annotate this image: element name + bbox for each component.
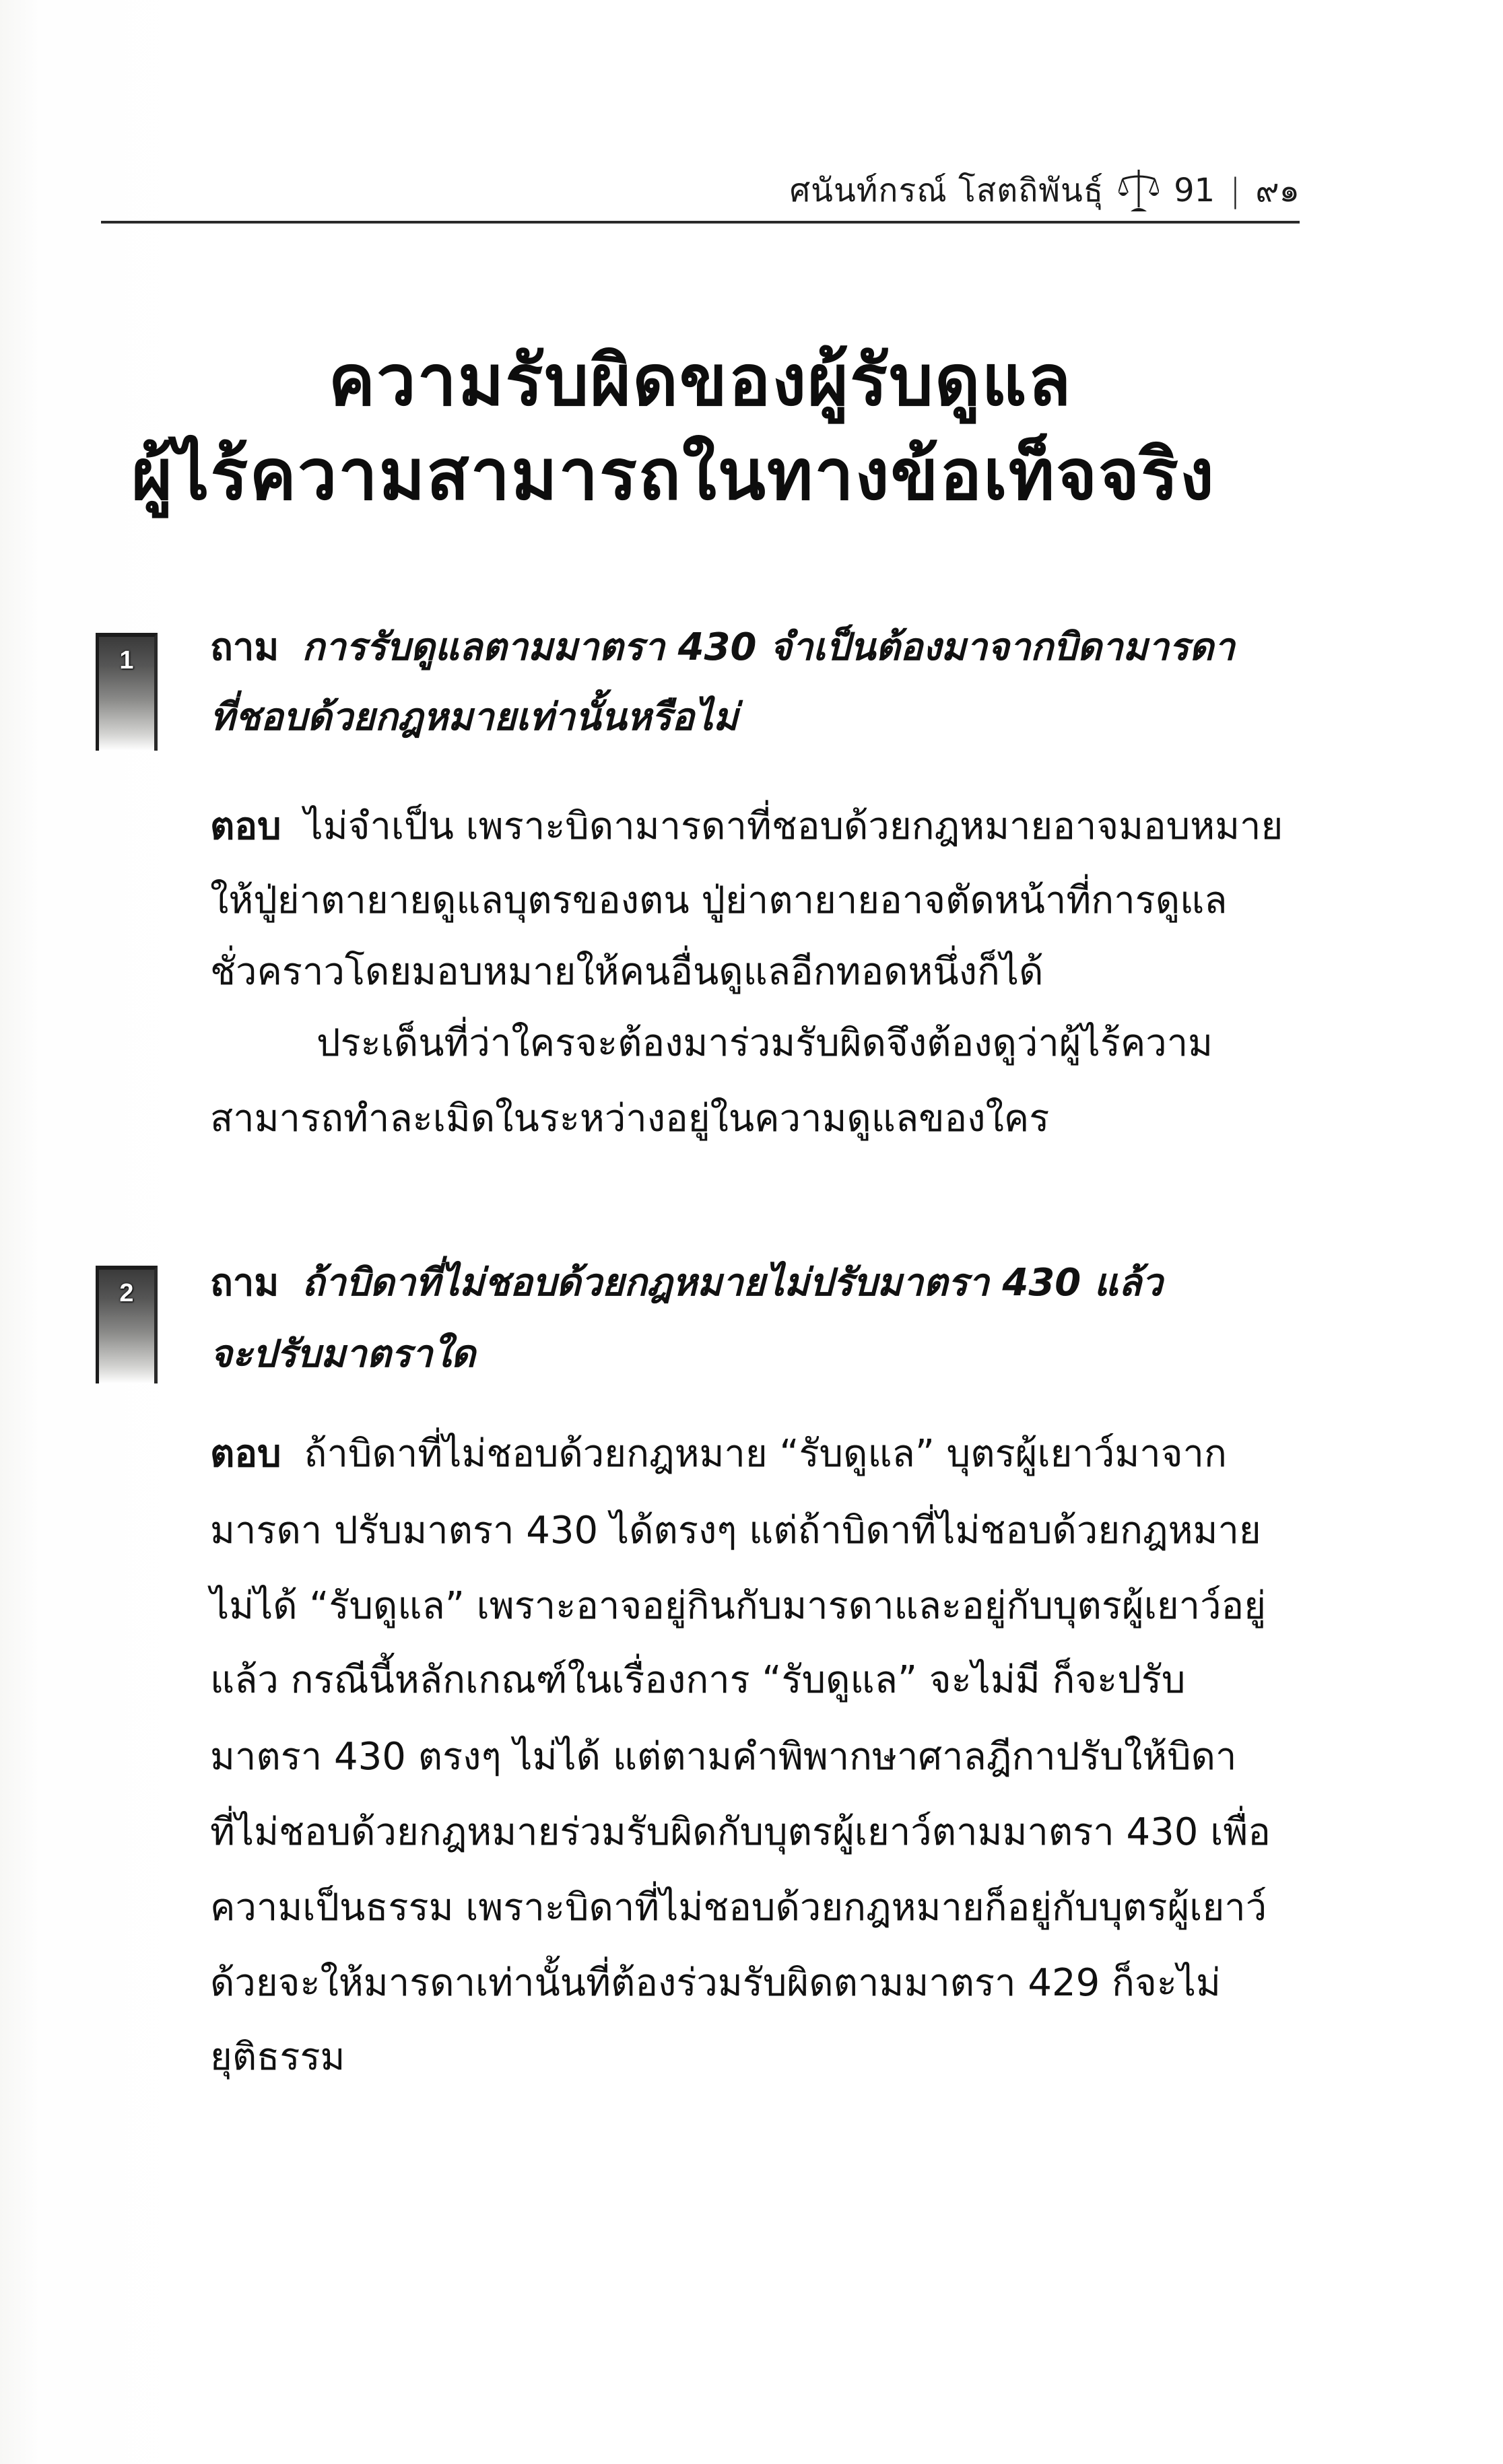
answer-text-line: สามารถทำละเมิดในระหว่างอยู่ในความดูแลของ… [210,1092,1049,1146]
question-label: ถาม [210,1261,279,1305]
header-rule [101,221,1300,224]
answer-text-line: แล้ว กรณีนี้หลักเกณฑ์ในเรื่องการ “รับดูแ… [210,1653,1185,1707]
page-number-arabic: 91 [1174,170,1215,211]
question-label: ถาม [210,625,279,669]
answer-line: ตอบถ้าบิดาที่ไม่ชอบด้วยกฎหมาย “รับดูแล” … [210,1427,1227,1481]
question-number-badge: 1 [96,633,158,751]
question-text: การรับดูแลตามมาตรา 430 จำเป็นต้องมาจากบิ… [302,625,1234,669]
answer-text-line: ยุติธรรม [210,2030,345,2084]
question-number: 1 [99,646,154,675]
question-line: ถามถ้าบิดาที่ไม่ชอบด้วยกฎหมายไม่ปรับมาตร… [210,1256,1163,1310]
answer-text-line: ให้ปู่ย่าตายายดูแลบุตรของตน ปู่ย่าตายายอ… [210,874,1228,928]
page-number-separator: | [1230,170,1240,211]
answer-text-line: ชั่วคราวโดยมอบหมายให้คนอื่นดูแลอีกทอดหนึ… [210,945,1043,999]
question-text-continued: ที่ชอบด้วยกฎหมายเท่านั้นหรือไม่ [210,691,738,745]
book-page: ศนันท์กรณ์ โสตถิพันธุ์ 91 | ๙๑ ค [0,0,1503,2464]
question-text: ถ้าบิดาที่ไม่ชอบด้วยกฎหมายไม่ปรับมาตรา 4… [302,1261,1162,1305]
running-header-text: ศนันท์กรณ์ โสตถิพันธุ์ 91 | ๙๑ [790,168,1300,213]
running-header: ศนันท์กรณ์ โสตถิพันธุ์ 91 | ๙๑ [101,162,1300,222]
answer-text: ถ้าบิดาที่ไม่ชอบด้วยกฎหมาย “รับดูแล” บุต… [304,1432,1227,1476]
answer-label: ตอบ [210,1432,281,1476]
question-number: 2 [99,1279,154,1308]
answer-text: ไม่จำเป็น เพราะบิดามารดาที่ชอบด้วยกฎหมาย… [304,805,1283,848]
answer-label: ตอบ [210,805,281,848]
question-number-badge: 2 [96,1266,158,1383]
answer-text-line: ความเป็นธรรม เพราะบิดาที่ไม่ชอบด้วยกฎหมา… [210,1881,1267,1935]
page-number-thai: ๙๑ [1255,170,1300,211]
answer-text-line: ด้วยจะให้มารดาเท่านั้นที่ต้องร่วมรับผิดต… [210,1956,1221,2010]
chapter-title-line-2: ผู้ไร้ความสามารถในทางข้อเท็จจริง [74,431,1273,518]
question-text-continued: จะปรับมาตราใด [210,1328,475,1381]
scales-of-justice-icon [1118,168,1159,213]
question-line: ถามการรับดูแลตามมาตรา 430 จำเป็นต้องมาจา… [210,621,1274,675]
answer-paragraph-indented: ประเด็นที่ว่าใครจะต้องมาร่วมรับผิดจึงต้อ… [316,1017,1213,1070]
answer-text-line: มารดา ปรับมาตรา 430 ได้ตรงๆ แต่ถ้าบิดาที… [210,1504,1261,1558]
answer-line: ตอบไม่จำเป็น เพราะบิดามารดาที่ชอบด้วยกฎห… [210,800,1283,854]
answer-text-line: มาตรา 430 ตรงๆ ไม่ได้ แต่ตามคำพิพากษาศาล… [210,1730,1237,1784]
answer-text-line: ไม่ได้ “รับดูแล” เพราะอาจอยู่กินกับมารดา… [210,1579,1266,1633]
answer-text-line: ที่ไม่ชอบด้วยกฎหมายร่วมรับผิดกับบุตรผู้เ… [210,1806,1271,1859]
chapter-title-line-1: ความรับผิดของผู้รับดูแล [101,337,1300,424]
author-name: ศนันท์กรณ์ โสตถิพันธุ์ [790,170,1104,211]
